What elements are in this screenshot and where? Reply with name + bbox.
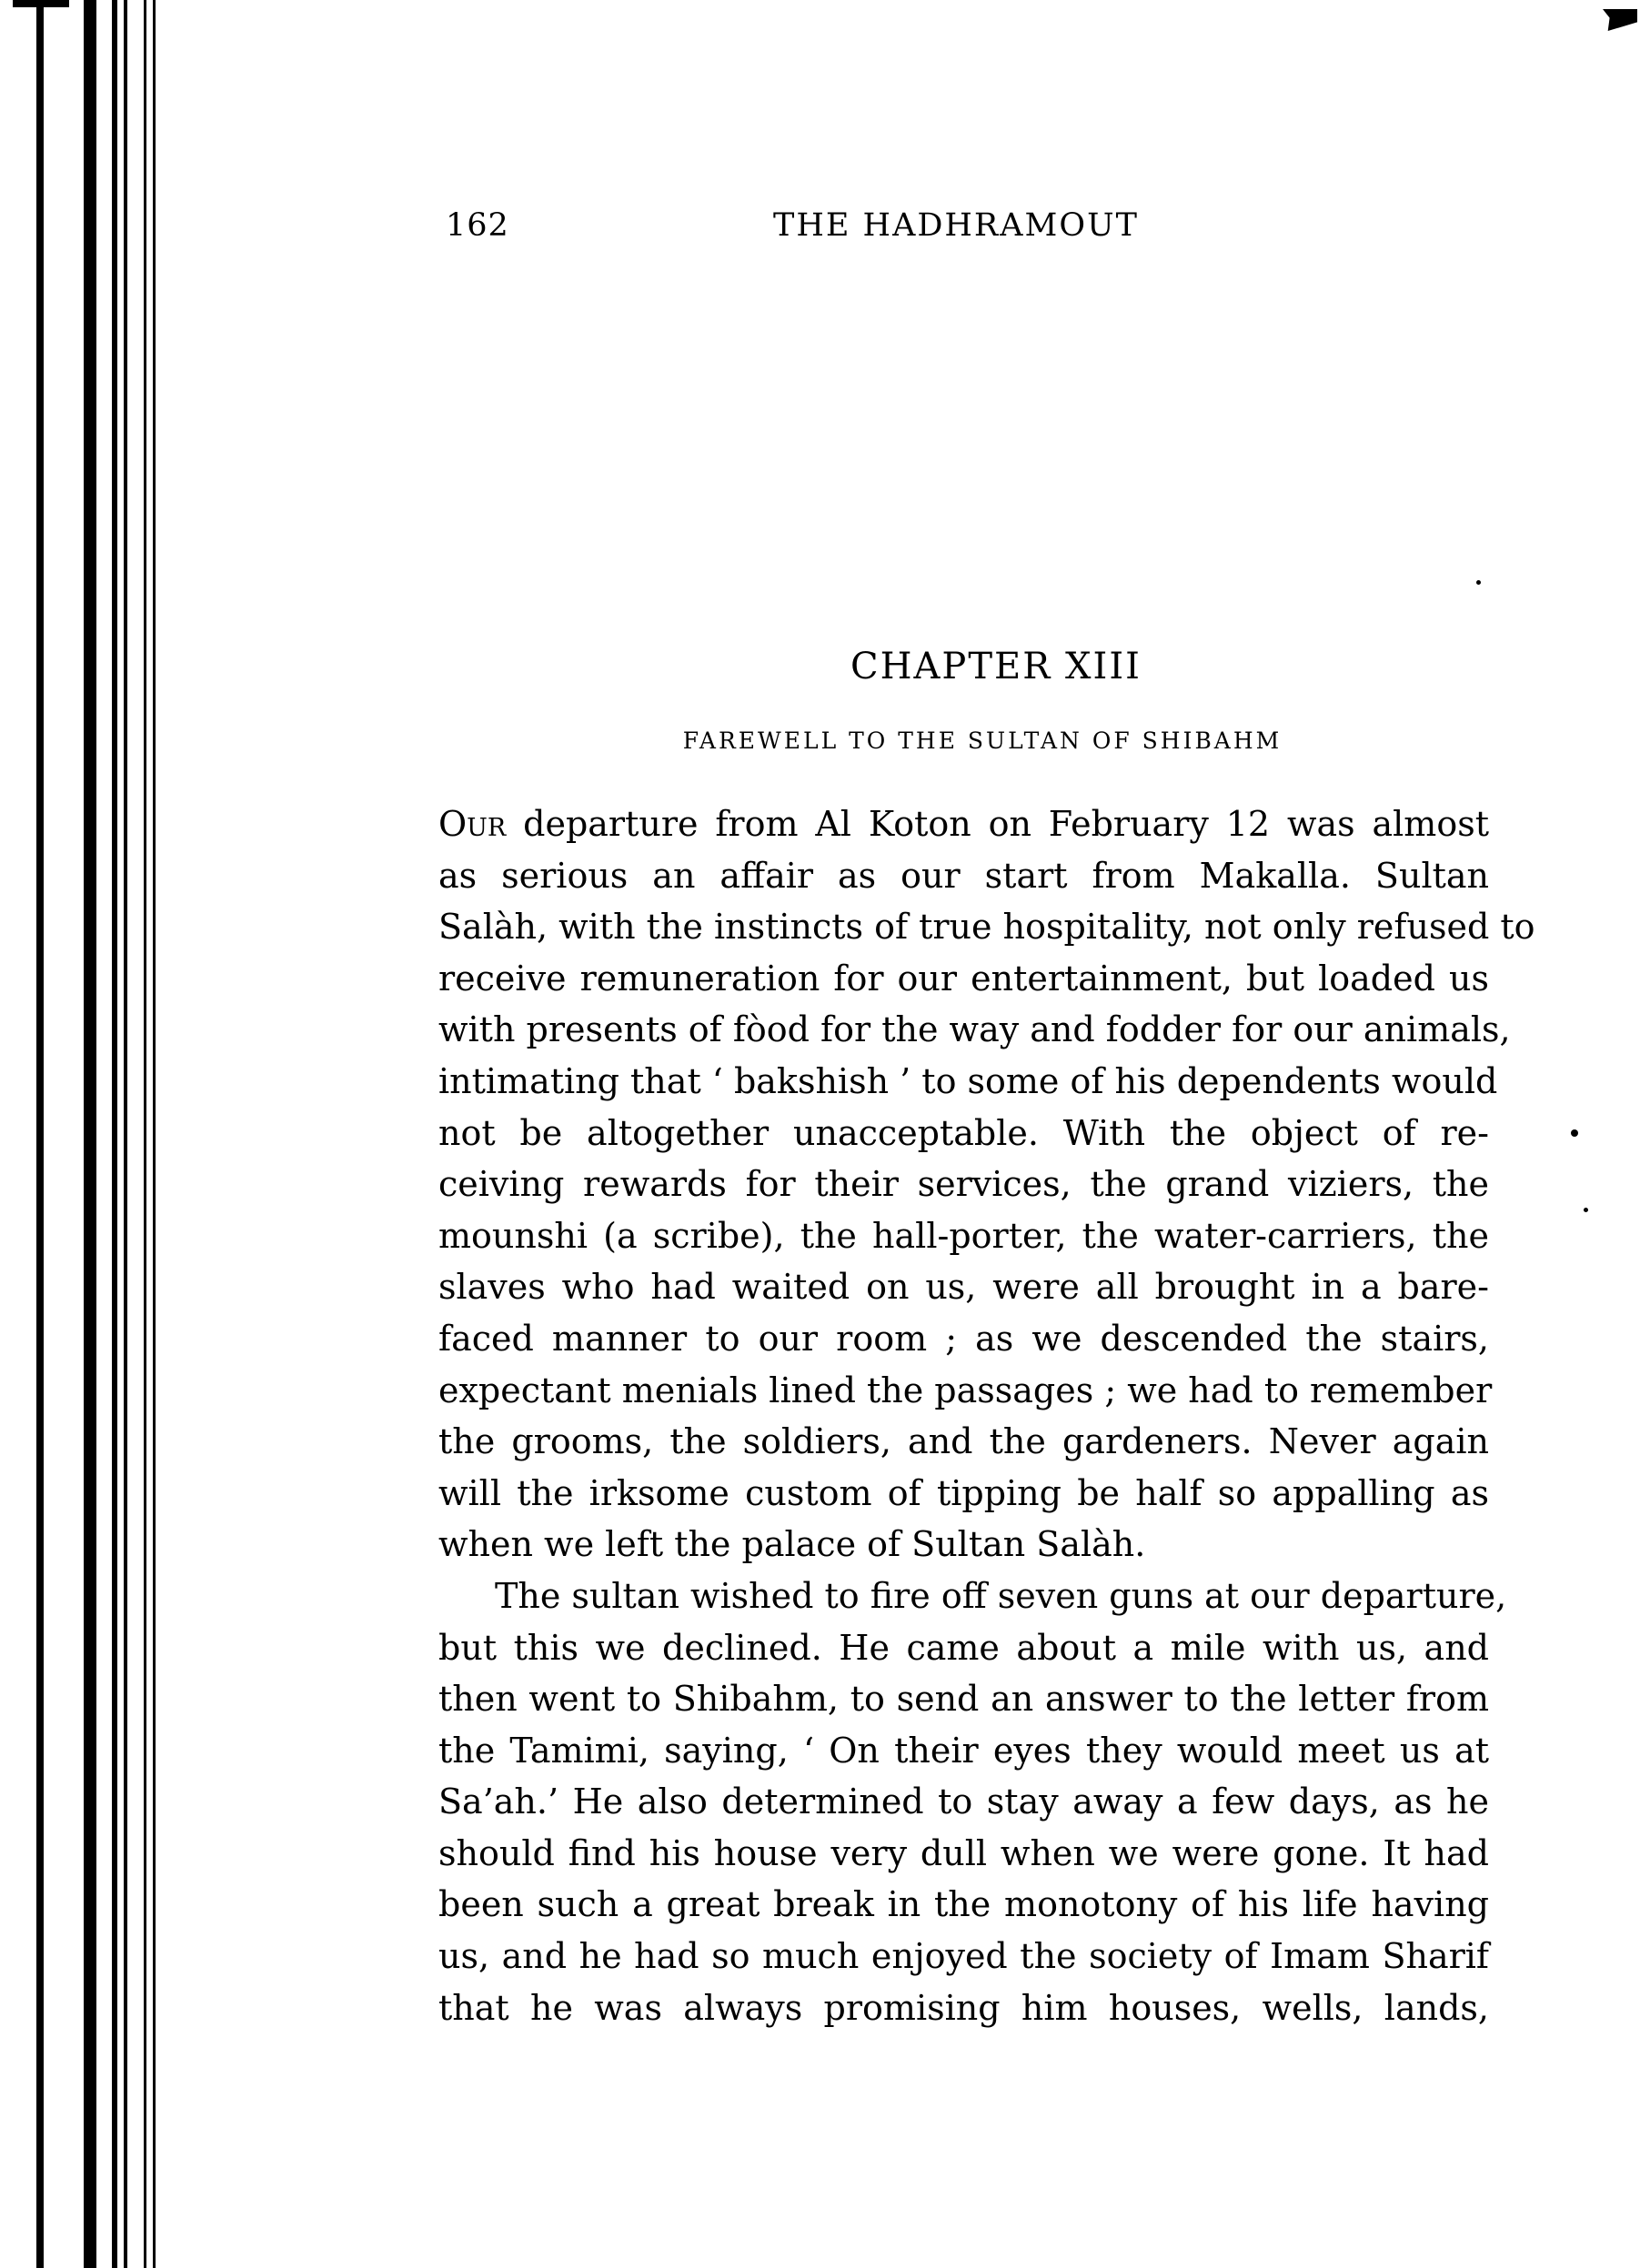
text-line: Salàh, with the instincts of true hospit… — [438, 901, 1489, 953]
text-line: faced manner to our room ; as we descend… — [438, 1313, 1489, 1365]
body-text: Our departure from Al Koton on February … — [438, 798, 1489, 2033]
scan-corner-mark — [1603, 9, 1637, 31]
binding-line — [153, 0, 156, 2268]
binding-line — [144, 0, 146, 2268]
text-line: slaves who had waited on us, were all br… — [438, 1261, 1489, 1313]
binding-line — [112, 0, 117, 2268]
text-line: but this we declined. He came about a mi… — [438, 1622, 1489, 1674]
binding-line — [36, 0, 44, 2268]
running-head: 162 THE HADHRAMOUT — [446, 207, 1483, 253]
scan-speck — [1571, 1129, 1578, 1137]
text-line: with presents of fòod for the way and fo… — [438, 1004, 1489, 1056]
text-line: should find his house very dull when we … — [438, 1828, 1489, 1880]
binding-line — [13, 0, 69, 7]
binding-line — [124, 0, 127, 2268]
text-line: Sa’ah.’ He also determined to stay away … — [438, 1776, 1489, 1828]
page-number: 162 — [446, 207, 509, 244]
running-head-title: THE HADHRAMOUT — [773, 207, 1139, 244]
paragraph-2: The sultan wished to fire off seven guns… — [438, 1571, 1489, 2033]
text-line: us, and he had so much enjoyed the socie… — [438, 1931, 1489, 1982]
text-line: receive remuneration for our entertainme… — [438, 953, 1489, 1005]
binding-line — [84, 0, 96, 2268]
book-binding-edge — [0, 0, 164, 2268]
text-line: the grooms, the soldiers, and the garden… — [438, 1416, 1489, 1468]
text-line: not be altogether unacceptable. With the… — [438, 1108, 1489, 1159]
scan-speck — [1476, 580, 1481, 585]
text-line: expectant menials lined the passages ; w… — [438, 1365, 1489, 1417]
chapter-number: CHAPTER XIII — [446, 646, 1483, 687]
text-line: the Tamimi, saying, ‘ On their eyes they… — [438, 1725, 1489, 1777]
text-line: been such a great break in the monotony … — [438, 1879, 1489, 1931]
text-line: as serious an affair as our start from M… — [438, 850, 1489, 902]
text-line: when we left the palace of Sultan Salàh. — [438, 1519, 1489, 1571]
text-line: The sultan wished to fire off seven guns… — [438, 1571, 1489, 1622]
lead-word: Our — [438, 804, 506, 844]
text-line: intimating that ‘ bakshish ’ to some of … — [438, 1056, 1489, 1108]
chapter-title: FAREWELL TO THE SULTAN OF SHIBAHM — [446, 728, 1483, 754]
text-line: will the irksome custom of tipping be ha… — [438, 1468, 1489, 1520]
text-line: Our departure from Al Koton on February … — [438, 798, 1489, 850]
text-line: mounshi (a scribe), the hall-porter, the… — [438, 1210, 1489, 1262]
scan-speck — [1584, 1208, 1588, 1212]
paragraph-1: Our departure from Al Koton on February … — [438, 798, 1489, 1571]
text-line: ceiving rewards for their services, the … — [438, 1159, 1489, 1210]
text-line: that he was always promising him houses,… — [438, 1982, 1489, 2034]
text-line: then went to Shibahm, to send an answer … — [438, 1673, 1489, 1725]
